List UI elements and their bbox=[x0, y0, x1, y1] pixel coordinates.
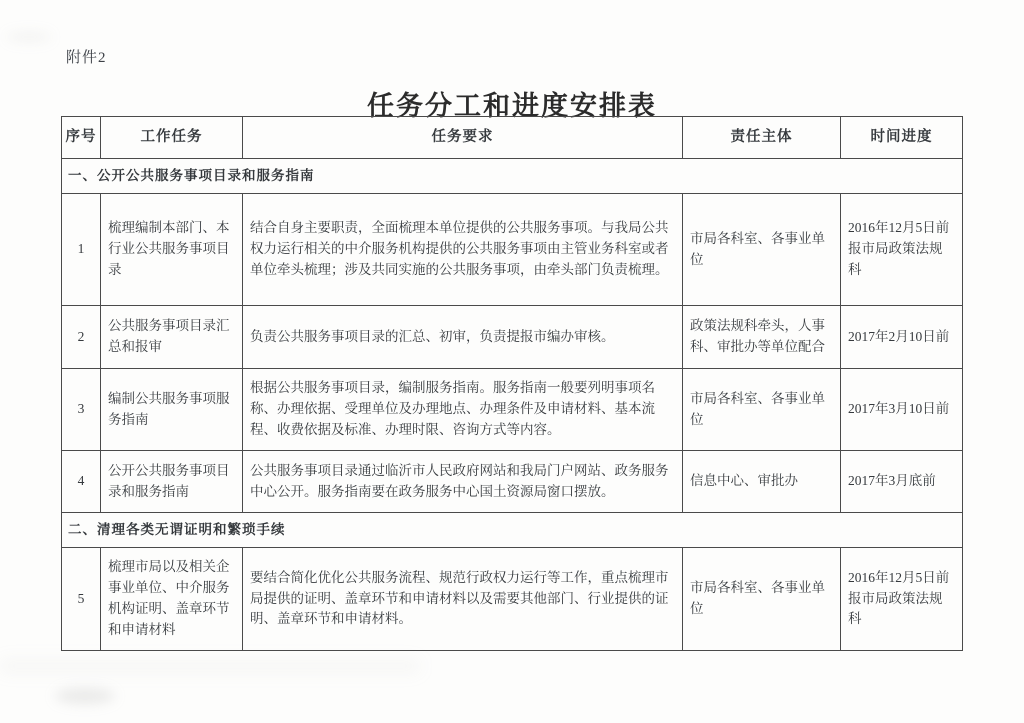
cell-schedule: 2017年3月10日前 bbox=[841, 369, 963, 451]
section-heading: 一、公开公共服务事项目录和服务指南 bbox=[62, 159, 963, 194]
cell-owner: 信息中心、审批办 bbox=[683, 451, 841, 513]
section-heading: 二、清理各类无谓证明和繁琐手续 bbox=[62, 513, 963, 548]
cell-task: 梳理编制本部门、本行业公共服务事项目录 bbox=[101, 194, 243, 306]
cell-requirement: 根据公共服务事项目录，编制服务指南。服务指南一般要列明事项名称、办理依据、受理单… bbox=[243, 369, 683, 451]
cell-schedule: 2017年2月10日前 bbox=[841, 306, 963, 369]
cell-no: 1 bbox=[62, 194, 101, 306]
header-requirement: 任务要求 bbox=[243, 117, 683, 159]
scan-smudge bbox=[0, 660, 420, 672]
header-schedule: 时间进度 bbox=[841, 117, 963, 159]
section-heading-row: 一、公开公共服务事项目录和服务指南 bbox=[62, 159, 963, 194]
cell-owner: 市局各科室、各事业单位 bbox=[683, 194, 841, 306]
table-row: 1 梳理编制本部门、本行业公共服务事项目录 结合自身主要职责，全面梳理本单位提供… bbox=[62, 194, 963, 306]
table-header-row: 序号 工作任务 任务要求 责任主体 时间进度 bbox=[62, 117, 963, 159]
cell-owner: 政策法规科牵头，人事科、审批办等单位配合 bbox=[683, 306, 841, 369]
cell-requirement: 负责公共服务事项目录的汇总、初审，负责提报市编办审核。 bbox=[243, 306, 683, 369]
cell-owner: 市局各科室、各事业单位 bbox=[683, 548, 841, 651]
cell-no: 3 bbox=[62, 369, 101, 451]
cell-requirement: 公共服务事项目录通过临沂市人民政府网站和我局门户网站、政务服务中心公开。服务指南… bbox=[243, 451, 683, 513]
cell-requirement: 要结合简化优化公共服务流程、规范行政权力运行等工作，重点梳理市局提供的证明、盖章… bbox=[243, 548, 683, 651]
cell-owner: 市局各科室、各事业单位 bbox=[683, 369, 841, 451]
cell-task: 公共服务事项目录汇总和报审 bbox=[101, 306, 243, 369]
cell-schedule: 2016年12月5日前报市局政策法规科 bbox=[841, 194, 963, 306]
cell-schedule: 2017年3月底前 bbox=[841, 451, 963, 513]
header-task: 工作任务 bbox=[101, 117, 243, 159]
table-row: 3 编制公共服务事项服务指南 根据公共服务事项目录，编制服务指南。服务指南一般要… bbox=[62, 369, 963, 451]
cell-no: 2 bbox=[62, 306, 101, 369]
cell-schedule: 2016年12月5日前报市局政策法规科 bbox=[841, 548, 963, 651]
cell-task: 梳理市局以及相关企事业单位、中介服务机构证明、盖章环节和申请材料 bbox=[101, 548, 243, 651]
header-owner: 责任主体 bbox=[683, 117, 841, 159]
attachment-label: 附件2 bbox=[66, 46, 107, 67]
section-heading-row: 二、清理各类无谓证明和繁琐手续 bbox=[62, 513, 963, 548]
header-no: 序号 bbox=[62, 117, 101, 159]
cell-requirement: 结合自身主要职责，全面梳理本单位提供的公共服务事项。与我局公共权力运行相关的中介… bbox=[243, 194, 683, 306]
cell-task: 公开公共服务事项目录和服务指南 bbox=[101, 451, 243, 513]
scan-smudge bbox=[55, 688, 115, 704]
scan-smudge bbox=[6, 32, 52, 42]
table-row: 4 公开公共服务事项目录和服务指南 公共服务事项目录通过临沂市人民政府网站和我局… bbox=[62, 451, 963, 513]
schedule-table: 序号 工作任务 任务要求 责任主体 时间进度 一、公开公共服务事项目录和服务指南… bbox=[61, 116, 963, 651]
cell-no: 4 bbox=[62, 451, 101, 513]
cell-no: 5 bbox=[62, 548, 101, 651]
cell-task: 编制公共服务事项服务指南 bbox=[101, 369, 243, 451]
table-row: 5 梳理市局以及相关企事业单位、中介服务机构证明、盖章环节和申请材料 要结合简化… bbox=[62, 548, 963, 651]
table-row: 2 公共服务事项目录汇总和报审 负责公共服务事项目录的汇总、初审，负责提报市编办… bbox=[62, 306, 963, 369]
